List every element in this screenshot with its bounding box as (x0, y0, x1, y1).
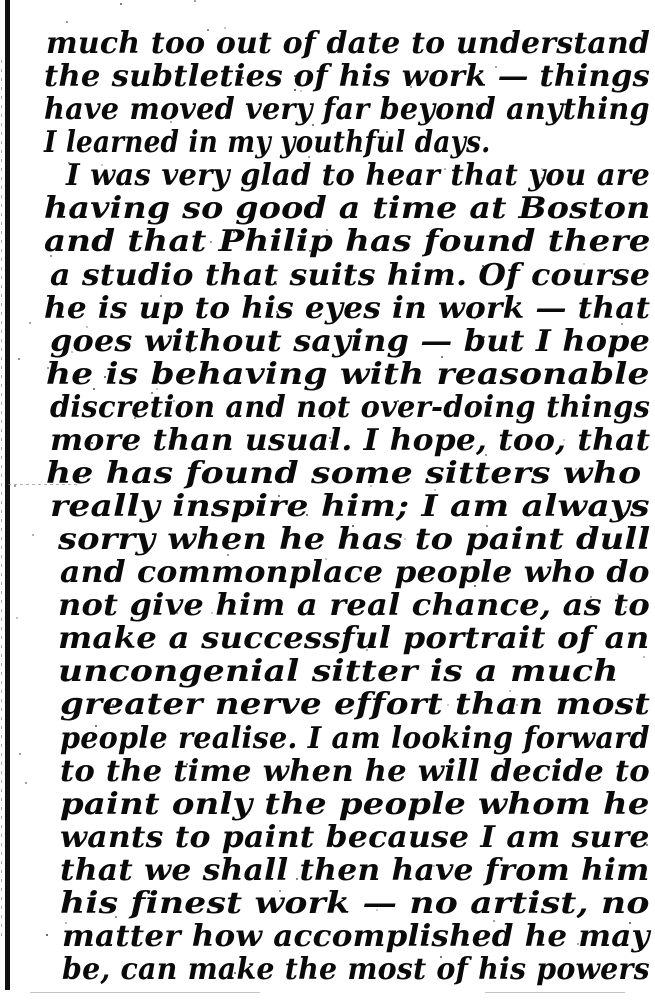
letter-line: and commonplace people who do (60, 555, 650, 590)
letter-line: he is behaving with reasonable (46, 357, 650, 392)
letter-line: wants to paint because I am sure (60, 820, 650, 855)
letter-line: that we shall then have from him (60, 853, 650, 888)
scan-speck (115, 916, 117, 918)
letter-line: paint only the people whom he (60, 787, 650, 822)
scan-speck (331, 902, 333, 904)
scan-speck (386, 131, 388, 133)
scan-speck (578, 343, 580, 345)
letter-line: discretion and not over-doing things (50, 390, 650, 425)
scan-speck (434, 489, 436, 491)
scan-speck (444, 168, 446, 170)
scan-speck (397, 400, 399, 402)
scan-speck (71, 351, 73, 353)
scan-speck (563, 439, 565, 441)
letter-line: the subtleties of his work — things (44, 59, 650, 94)
letter-page: much too out of date to understand the s… (0, 0, 655, 1000)
scan-speck (261, 183, 263, 185)
letter-line: and that Philip has found there (44, 224, 651, 259)
scan-speck (493, 920, 495, 922)
letter-line: have moved very far beyond anything (44, 92, 650, 127)
scan-speck (296, 878, 298, 880)
scan-speck (186, 763, 188, 765)
letter-line: really inspire him; I am always (50, 489, 650, 524)
scan-speck (489, 637, 491, 639)
letter-line: uncongenial sitter is a much (58, 654, 619, 689)
scan-speck (625, 606, 627, 608)
scan-speck (169, 51, 171, 53)
letter-line: matter how accomplished he may (62, 919, 650, 954)
scan-speck (505, 350, 507, 352)
letter-line: people realise. I am looking forward (60, 721, 650, 756)
scan-speck (542, 839, 544, 841)
letter-line: be, can make the most of his powers (62, 952, 650, 987)
scan-speck (275, 283, 277, 285)
scan-speck (491, 779, 493, 781)
scan-speck (104, 376, 106, 378)
scan-speck (66, 21, 68, 23)
scan-speck (227, 554, 229, 556)
letter-line: sorry when he has to paint dull (58, 522, 650, 557)
scan-speck (276, 678, 278, 680)
scan-speck (486, 525, 488, 527)
scan-speck (447, 704, 449, 706)
letter-line: a studio that suits him. Of course (50, 258, 650, 293)
scan-speck (112, 704, 114, 706)
scan-speck (300, 90, 302, 92)
scan-speck (304, 868, 306, 870)
scan-speck (279, 890, 281, 892)
letter-line: not give him a real chance, as to (58, 588, 650, 623)
scan-speck (324, 64, 326, 66)
scan-speck (308, 156, 310, 158)
scan-speck (370, 485, 372, 487)
letter-line: make a successful portrait of an (58, 621, 649, 656)
letter-line: more than usual. I hope, too, that (50, 423, 650, 458)
scan-speck (83, 476, 85, 478)
letter-line: he has found some sitters who (46, 456, 641, 491)
letter-line: he is up to his eyes in work — that (44, 291, 650, 326)
scan-speck (169, 441, 171, 443)
scan-speck (485, 454, 487, 456)
scan-speck (404, 538, 406, 540)
letter-line: to the time when he will decide to (60, 754, 650, 789)
letter-line: having so good a time at Boston (44, 191, 650, 226)
scan-speck (163, 669, 165, 671)
letter-line: I was very glad to hear that you are (66, 158, 650, 193)
scan-speck (14, 485, 16, 487)
scan-speck (643, 632, 645, 634)
scan-speck (65, 922, 67, 924)
scan-speck (615, 799, 617, 801)
scan-speck (441, 356, 443, 358)
scan-speck (233, 231, 235, 233)
scan-speck (328, 52, 330, 54)
scan-speck (67, 68, 69, 70)
scan-speck (294, 75, 296, 77)
scan-speck (330, 441, 332, 443)
scan-speck (643, 656, 645, 658)
letter-line: I learned in my youthful days. (44, 125, 490, 160)
scan-speck (91, 442, 93, 444)
letter-body: much too out of date to understand the s… (0, 0, 655, 1000)
letter-line: goes without saying — but I hope (50, 324, 650, 359)
scan-speck (459, 762, 461, 764)
scan-speck (646, 844, 648, 846)
letter-line: greater nerve effort than most (60, 687, 650, 722)
scan-speck (617, 593, 619, 595)
letter-line: his finest work — no artist, no (60, 886, 650, 921)
scan-speck (25, 782, 27, 784)
scan-speck (70, 304, 72, 306)
scan-speck (329, 437, 331, 439)
letter-line: much too out of date to understand (46, 26, 650, 61)
scan-speck (440, 956, 442, 958)
scan-speck (156, 388, 158, 390)
scan-speck (276, 311, 278, 313)
scan-speck (160, 295, 162, 297)
scan-speck (95, 725, 97, 727)
scan-speck (101, 164, 103, 166)
scan-speck (151, 392, 153, 394)
